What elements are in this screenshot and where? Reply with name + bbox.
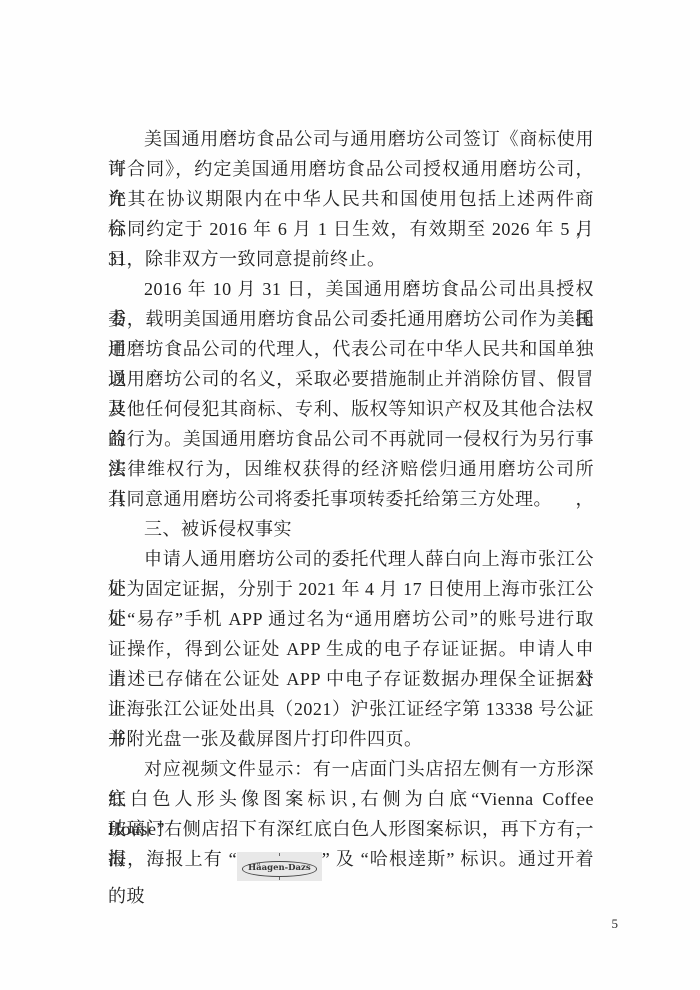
text-line: 三、被诉侵权事实 (108, 514, 594, 544)
text-line: 其他任何侵犯其商标、专利、版权等知识产权及其他合法权益 (108, 394, 594, 424)
text-line: 2016 年 10 月 31 日，美国通用磨坊食品公司出具授权委托 (108, 274, 594, 304)
text-line: 法律维权行为，因维权获得的经济赔偿归通用磨坊公司所有， (108, 454, 594, 484)
text-line: 合同约定于 2016 年 6 月 1 日生效，有效期至 2026 年 5 月 3… (108, 214, 594, 244)
haagen-dazs-logo-text: Häagen-Dazs (242, 861, 317, 877)
haagen-dazs-logo: Häagen-Dazs (237, 852, 322, 881)
text-line: 玻璃门右侧店招下有深红底白色人形图案标识，再下方有一海 (108, 814, 594, 844)
text-line: 处为固定证据，分别于 2021 年 4 月 17 日使用上海市张江公证 (108, 574, 594, 604)
text-line: 书，载明美国通用磨坊食品公司委托通用磨坊公司作为美国通 (108, 304, 594, 334)
text-line: 处“易存”手机 APP 通过名为“通用磨坊公司”的账号进行取 (108, 604, 594, 634)
text-line: 通用磨坊公司的名义，采取必要措施制止并消除仿冒、假冒及 (108, 364, 594, 394)
text-line: 日，除非双方一致同意提前终止。 (108, 244, 594, 274)
text-line: 许其在协议期限内在中华人民共和国使用包括上述两件商标， (108, 184, 594, 214)
text-segment: 报，海报上有 “ (108, 849, 237, 869)
text-line: 可合同》，约定美国通用磨坊食品公司授权通用磨坊公司，允 (108, 154, 594, 184)
text-line: 用磨坊食品公司的代理人，代表公司在中华人民共和国单独以 (108, 334, 594, 364)
document-body: 美国通用磨坊食品公司与通用磨坊公司签订《商标使用许可合同》，约定美国通用磨坊食品… (108, 124, 594, 874)
text-line: 其同意通用磨坊公司将委托事项转委托给第三方处理。 (108, 484, 594, 514)
document-page: 美国通用磨坊食品公司与通用磨坊公司签订《商标使用许可合同》，约定美国通用磨坊食品… (0, 0, 700, 990)
text-line: 并附光盘一张及截屏图片打印件四页。 (108, 724, 594, 754)
text-line: 上述已存储在公证处 APP 中电子存证数据办理保全证据公证。 (108, 664, 594, 694)
text-line: 的行为。美国通用磨坊食品公司不再就同一侵权行为另行事实 (108, 424, 594, 454)
text-line: 报，海报上有 “Häagen-Dazs” 及 “哈根逹斯” 标识。通过开着的玻 (108, 844, 594, 874)
text-line: 申请人通用磨坊公司的委托代理人薛白向上海市张江公证 (108, 544, 594, 574)
text-line: 美国通用磨坊食品公司与通用磨坊公司签订《商标使用许 (108, 124, 594, 154)
text-line: 对应视频文件显示：有一店面门头店招左侧有一方形深红 (108, 754, 594, 784)
page-number: 5 (612, 916, 619, 932)
text-line: 上海张江公证处出具（2021）沪张江证经字第 13338 号公证书 (108, 694, 594, 724)
text-line: 证操作，得到公证处 APP 生成的电子存证证据。申请人申请对 (108, 634, 594, 664)
text-line: 底白色人形头像图案标识,右侧为白底“Vienna Coffee House”， (108, 784, 594, 814)
